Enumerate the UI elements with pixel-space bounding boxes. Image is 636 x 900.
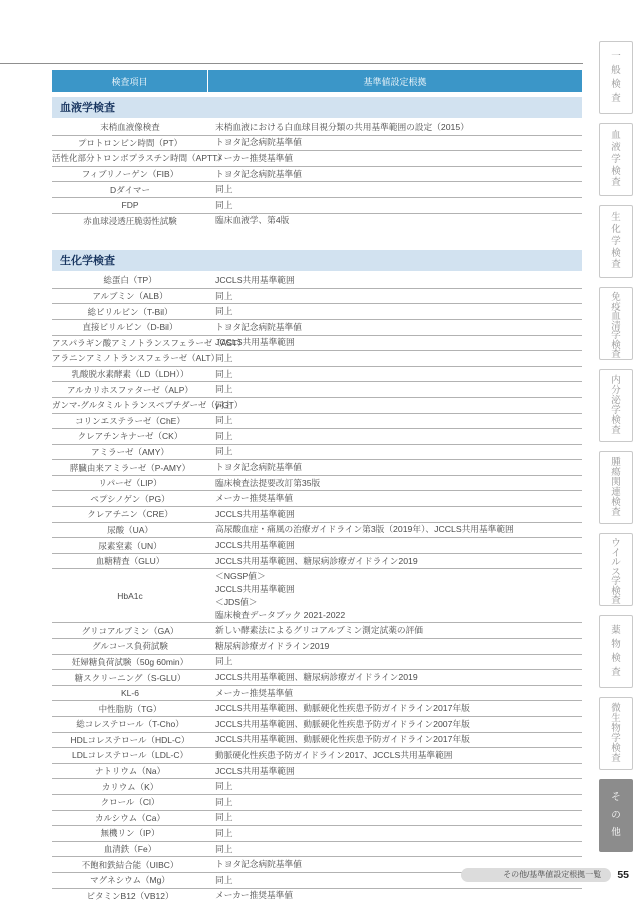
basis-cell: JCCLS共用基準範囲 [208,508,582,521]
table-row: 血糖精査（GLU）JCCLS共用基準範囲、糖尿病診療ガイドライン2019 [52,553,582,569]
basis-cell: 同上 [208,290,582,303]
basis-cell: 同上 [208,827,582,840]
test-item-cell: 乳酸脱水素酵素（LD（LDH）） [52,368,208,380]
test-item-cell: ナトリウム（Na） [52,765,208,777]
test-item-cell: グリコアルブミン（GA） [52,625,208,637]
sidebar-tab-血液学検査[interactable]: 血液学検査 [599,123,633,196]
test-item-cell: ガンマ-グルタミルトランスペプチダーゼ（γ-GT） [52,399,208,411]
basis-cell: 同上 [208,352,582,365]
table-row: ビタミンB12（VB12）メーカー推奨基準値 [52,888,582,900]
table-row: コリンエステラーゼ（ChE）同上 [52,413,582,429]
basis-cell: メーカー推奨基準値 [208,152,582,165]
table-row: KL-6メーカー推奨基準値 [52,685,582,701]
test-item-cell: LDLコレステロール（LDL-C） [52,749,208,761]
page-top-rule [0,63,583,64]
basis-cell: 同上 [208,796,582,809]
table-row: 末梢血液像検査末梢血液における白血球目視分類の共用基準範囲の設定（2015） [52,120,582,135]
basis-cell: 同上 [208,780,582,793]
basis-cell: トヨタ記念病院基準値 [208,321,582,334]
table-row: Dダイマー同上 [52,181,582,197]
sidebar-tab-ウイルス学検査[interactable]: ウイルス学検査 [599,533,633,606]
test-item-cell: リパーゼ（LIP） [52,477,208,489]
table-row: 総蛋白（TP）JCCLS共用基準範囲 [52,273,582,288]
table-row: カリウム（K）同上 [52,778,582,794]
tab-label-char: 査 [611,596,621,606]
basis-cell: 同上 [208,183,582,196]
sidebar-tab-その他[interactable]: その他 [599,779,633,852]
sidebar-tab-生化学検査[interactable]: 生化学検査 [599,205,633,278]
column-header-item: 検査項目 [52,70,208,92]
test-item-cell: 直接ビリルビン（D-Bil） [52,321,208,333]
basis-cell: 同上 [208,368,582,381]
tab-label-char: 査 [611,260,621,270]
table-row: 活性化部分トロンボプラスチン時間（APTT）メーカー推奨基準値 [52,150,582,166]
test-item-cell: 活性化部分トロンボプラスチン時間（APTT） [52,152,208,164]
table-row: 直接ビリルビン（D-Bil）トヨタ記念病院基準値 [52,319,582,335]
test-item-cell: ビタミンB12（VB12） [52,890,208,900]
basis-cell: JCCLS共用基準範囲、動脈硬化性疾患予防ガイドライン2007年版 [208,718,582,731]
test-item-cell: 血糖精査（GLU） [52,555,208,567]
page-footer: その他/基準値設定根拠一覧 55 [461,868,629,882]
table-row: HDLコレステロール（HDL-C）JCCLS共用基準範囲、動脈硬化性疾患予防ガイ… [52,732,582,748]
test-item-cell: カルシウム（Ca） [52,812,208,824]
tab-label-char: 査 [611,426,621,436]
test-item-cell: 無機リン（IP） [52,827,208,839]
basis-cell: トヨタ記念病院基準値 [208,461,582,474]
sidebar-tab-腫瘍関連検査[interactable]: 腫瘍関連検査 [599,451,633,524]
table-row: LDLコレステロール（LDL-C）動脈硬化性疾患予防ガイドライン2017、JCC… [52,747,582,763]
tab-label-char: 学 [611,155,621,165]
basis-cell: 動脈硬化性疾患予防ガイドライン2017、JCCLS共用基準範囲 [208,749,582,762]
test-item-cell: グルコース負荷試験 [52,640,208,652]
tab-label-char: 連 [611,488,621,498]
table-row: 総ビリルビン（T-Bil）同上 [52,303,582,319]
basis-cell: 臨床血液学、第4版 [208,214,582,227]
test-item-cell: 不飽和鉄結合能（UIBC） [52,859,208,871]
test-item-cell: 尿素窒素（UN） [52,540,208,552]
tab-label-char: 学 [611,237,621,247]
test-item-cell: 尿酸（UA） [52,524,208,536]
tab-label-char: 検 [611,654,621,664]
table-row: ペプシノゲン（PG）メーカー推奨基準値 [52,490,582,506]
table-row: グリコアルブミン（GA）新しい酵素法によるグリコアルブミン測定試薬の評価 [52,622,582,638]
table-row: アルカリホスファターゼ（ALP）同上 [52,381,582,397]
basis-cell: JCCLS共用基準範囲、動脈硬化性疾患予防ガイドライン2017年版 [208,733,582,746]
tab-label-char: 生 [611,213,621,223]
tab-label-char: 検 [611,416,621,426]
table-row: プロトロンビン時間（PT）トヨタ記念病院基準値 [52,135,582,151]
test-item-cell: 血清鉄（Fe） [52,843,208,855]
table-row: アスパラギン酸アミノトランスフェラーゼ（AST）JCCLS共用基準範囲 [52,335,582,351]
tab-label-char: 泌 [611,396,621,406]
table-row: クレアチンキナーゼ（CK）同上 [52,428,582,444]
test-item-cell: コリンエステラーゼ（ChE） [52,415,208,427]
tab-label-char: 査 [611,508,621,518]
tab-label-char: 関 [611,478,621,488]
test-item-cell: 総コレステロール（T-Cho） [52,718,208,730]
tab-label-char: 物 [611,640,621,650]
tab-label-char: 血 [611,131,621,141]
test-item-cell: HDLコレステロール（HDL-C） [52,734,208,746]
basis-cell: JCCLS共用基準範囲 [208,274,582,287]
test-section: 血液学検査末梢血液像検査末梢血液における白血球目視分類の共用基準範囲の設定（20… [52,97,582,228]
basis-cell: JCCLS共用基準範囲、糖尿病診療ガイドライン2019 [208,555,582,568]
column-header-basis: 基準値設定根拠 [208,70,582,92]
tab-label-char: 検 [611,249,621,259]
basis-cell: 同上 [208,445,582,458]
tab-label-char: 内 [611,376,621,386]
section-header: 血液学検査 [52,97,582,118]
table-row: 無機リン（IP）同上 [52,825,582,841]
tab-label-char: 査 [611,350,621,360]
table-row: カルシウム（Ca）同上 [52,810,582,826]
basis-cell: 末梢血液における白血球目視分類の共用基準範囲の設定（2015） [208,121,582,134]
tab-label-char: 微 [611,704,621,714]
table-header-row: 検査項目 基準値設定根拠 [52,70,582,92]
test-item-cell: アルカリホスファターゼ（ALP） [52,384,208,396]
test-item-cell: マグネシウム（Mg） [52,874,208,886]
tab-label-char: の [611,811,621,821]
tab-label-char: 査 [611,94,621,104]
test-item-cell: フィブリノーゲン（FIB） [52,168,208,180]
table-row: 膵臓由来アミラーゼ（P-AMY）トヨタ記念病院基準値 [52,459,582,475]
basis-cell: 同上 [208,843,582,856]
test-item-cell: プロトロンビン時間（PT） [52,137,208,149]
test-item-cell: 膵臓由来アミラーゼ（P-AMY） [52,462,208,474]
tab-label-char: 生 [611,714,621,724]
test-item-cell: アルブミン（ALB） [52,290,208,302]
table-row: 中性脂肪（TG）JCCLS共用基準範囲、動脈硬化性疾患予防ガイドライン2017年… [52,700,582,716]
basis-cell: トヨタ記念病院基準値 [208,136,582,149]
table-row: 尿酸（UA）高尿酸血症・痛風の治療ガイドライン第3版（2019年）、JCCLS共… [52,522,582,538]
test-item-cell: ペプシノゲン（PG） [52,493,208,505]
table-row: ナトリウム（Na）JCCLS共用基準範囲 [52,763,582,779]
sidebar-tab-薬物検査[interactable]: 薬物検査 [599,615,633,688]
test-item-cell: クロール（Cl） [52,796,208,808]
tab-label-char: 液 [611,143,621,153]
table-row: 乳酸脱水素酵素（LD（LDH））同上 [52,366,582,382]
tab-label-char: 物 [611,724,621,734]
test-item-cell: 末梢血液像検査 [52,121,208,133]
tab-label-char: 検 [611,498,621,508]
basis-cell: ＜NGSP値＞ JCCLS共用基準範囲 ＜JDS値＞ 臨床検査データブック 20… [208,570,582,622]
test-item-cell: 赤血球浸透圧脆弱性試験 [52,215,208,227]
test-item-cell: Dダイマー [52,184,208,196]
tab-label-char: 査 [611,754,621,764]
basis-cell: 同上 [208,399,582,412]
basis-cell: 同上 [208,811,582,824]
category-tab-sidebar: 一般検査血液学検査生化学検査免疫血清学検査内分泌学検査腫瘍関連検査ウイルス学検査… [599,41,633,861]
test-item-cell: アラニンアミノトランスフェラーゼ（ALT） [52,352,208,364]
table-row: 妊婦糖負荷試験（50g 60min）同上 [52,654,582,670]
test-item-cell: FDP [52,199,208,211]
test-item-cell: 総蛋白（TP） [52,274,208,286]
table-row: アラニンアミノトランスフェラーゼ（ALT）同上 [52,350,582,366]
table-row: アルブミン（ALB）同上 [52,288,582,304]
tab-label-char: 他 [611,828,621,838]
basis-cell: トヨタ記念病院基準値 [208,168,582,181]
tab-label-char: 腫 [611,458,621,468]
table-row: クロール（Cl）同上 [52,794,582,810]
tab-label-char: 検 [611,744,621,754]
basis-cell: 同上 [208,655,582,668]
table-row: 糖スクリーニング（S-GLU）JCCLS共用基準範囲、糖尿病診療ガイドライン20… [52,669,582,685]
basis-cell: 同上 [208,383,582,396]
tab-label-char: 薬 [611,626,621,636]
tab-label-char: そ [611,793,621,803]
basis-cell: 新しい酵素法によるグリコアルブミン測定試薬の評価 [208,624,582,637]
sidebar-tab-内分泌学検査[interactable]: 内分泌学検査 [599,369,633,442]
basis-cell: メーカー推奨基準値 [208,492,582,505]
table-row: 尿素窒素（UN）JCCLS共用基準範囲 [52,537,582,553]
tab-label-char: 査 [611,178,621,188]
basis-cell: JCCLS共用基準範囲 [208,336,582,349]
basis-cell: JCCLS共用基準範囲、糖尿病診療ガイドライン2019 [208,671,582,684]
test-item-cell: カリウム（K） [52,781,208,793]
tab-label-char: 瘍 [611,468,621,478]
table-row: グルコース負荷試験糖尿病診療ガイドライン2019 [52,638,582,654]
basis-cell: 糖尿病診療ガイドライン2019 [208,640,582,653]
basis-cell: 高尿酸血症・痛風の治療ガイドライン第3版（2019年）、JCCLS共用基準範囲 [208,523,582,536]
table-sections: 血液学検査末梢血液像検査末梢血液における白血球目視分類の共用基準範囲の設定（20… [52,97,582,900]
table-row: リパーゼ（LIP）臨床検査法提要改訂第35版 [52,475,582,491]
table-row: HbA1c＜NGSP値＞ JCCLS共用基準範囲 ＜JDS値＞ 臨床検査データブ… [52,568,582,622]
test-item-cell: クレアチニン（CRE） [52,508,208,520]
reference-basis-table: 検査項目 基準値設定根拠 血液学検査末梢血液像検査末梢血液における白血球目視分類… [52,70,582,900]
basis-cell: 臨床検査法提要改訂第35版 [208,477,582,490]
table-row: フィブリノーゲン（FIB）トヨタ記念病院基準値 [52,166,582,182]
page-number: 55 [617,869,629,881]
tab-label-char: 査 [611,668,621,678]
basis-cell: 同上 [208,305,582,318]
test-item-cell: クレアチンキナーゼ（CK） [52,430,208,442]
sidebar-tab-免疫血清学検査[interactable]: 免疫血清学検査 [599,287,633,360]
test-item-cell: 中性脂肪（TG） [52,703,208,715]
test-item-cell: 総ビリルビン（T-Bil） [52,306,208,318]
table-row: クレアチニン（CRE）JCCLS共用基準範囲 [52,506,582,522]
table-row: FDP同上 [52,197,582,213]
table-row: 総コレステロール（T-Cho）JCCLS共用基準範囲、動脈硬化性疾患予防ガイドラ… [52,716,582,732]
footer-breadcrumb: その他/基準値設定根拠一覧 [461,868,611,882]
table-row: 血清鉄（Fe）同上 [52,841,582,857]
section-header: 生化学検査 [52,250,582,271]
basis-cell: メーカー推奨基準値 [208,687,582,700]
basis-cell: JCCLS共用基準範囲 [208,539,582,552]
basis-cell: 同上 [208,414,582,427]
tab-label-char: 学 [611,734,621,744]
tab-label-char: 検 [611,80,621,90]
test-item-cell: 糖スクリーニング（S-GLU） [52,672,208,684]
test-section: 生化学検査総蛋白（TP）JCCLS共用基準範囲アルブミン（ALB）同上総ビリルビ… [52,250,582,900]
test-item-cell: アスパラギン酸アミノトランスフェラーゼ（AST） [52,337,208,349]
tab-label-char: 学 [611,406,621,416]
basis-cell: 同上 [208,430,582,443]
test-item-cell: アミラーゼ（AMY） [52,446,208,458]
basis-cell: 同上 [208,199,582,212]
test-item-cell: KL-6 [52,687,208,699]
test-item-cell: 妊婦糖負荷試験（50g 60min） [52,656,208,668]
table-row: 赤血球浸透圧脆弱性試験臨床血液学、第4版 [52,213,582,229]
sidebar-tab-微生物学検査[interactable]: 微生物学検査 [599,697,633,770]
sidebar-tab-一般検査[interactable]: 一般検査 [599,41,633,114]
basis-cell: メーカー推奨基準値 [208,889,582,900]
table-row: アミラーゼ（AMY）同上 [52,444,582,460]
tab-label-char: 般 [611,66,621,76]
tab-label-char: 検 [611,167,621,177]
table-row: ガンマ-グルタミルトランスペプチダーゼ（γ-GT）同上 [52,397,582,413]
tab-label-char: 一 [611,52,621,62]
tab-label-char: 分 [611,386,621,396]
basis-cell: JCCLS共用基準範囲 [208,765,582,778]
test-item-cell: HbA1c [52,590,208,602]
tab-label-char: 化 [611,225,621,235]
basis-cell: JCCLS共用基準範囲、動脈硬化性疾患予防ガイドライン2017年版 [208,702,582,715]
